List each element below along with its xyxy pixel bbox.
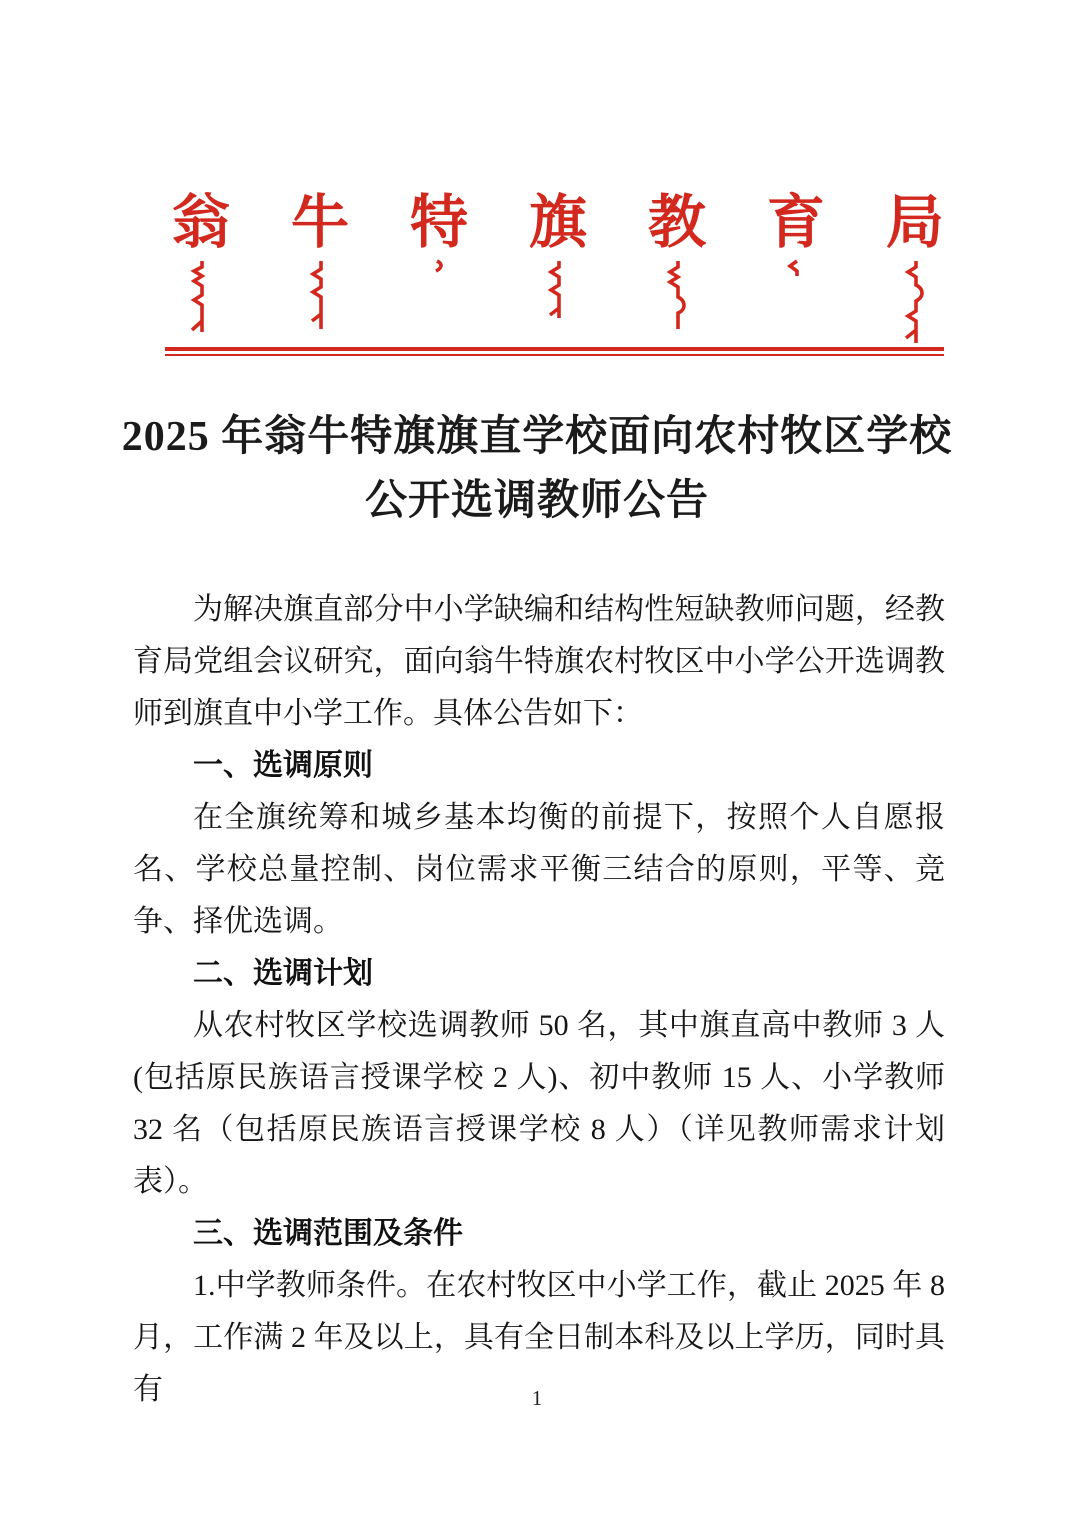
letterhead-divider-line [165,347,944,356]
page-number: 1 [0,1386,1074,1411]
letterhead-char-cn: 育 [767,192,825,254]
letterhead-character-cell: 牛 [291,192,349,345]
letterhead-char-cn: 特 [410,192,468,254]
letterhead: 翁 牛 特 旗 教 [172,192,944,345]
letterhead-character-cell: 育 [767,192,825,345]
letterhead-character-cell: 翁 [172,192,230,345]
mongolian-script-mark [425,259,453,273]
section-heading-1: 一、选调原则 [133,740,945,792]
document-body: 为解决旗直部分中小学缺编和结构性短缺教师问题，经教育局党组会议研究，面向翁牛特旗… [133,584,945,1416]
document-title: 2025 年翁牛特旗旗直学校面向农村牧区学校公开选调教师公告 [0,405,1074,533]
document-title-line-1: 2025 年翁牛特旗旗直学校面向农村牧区学校 [122,414,953,460]
section-heading-2: 二、选调计划 [133,948,945,1000]
letterhead-character-cell: 教 [648,192,706,345]
mongolian-script-mark [663,259,691,331]
document-title-line-2: 公开选调教师公告 [365,478,709,524]
document-page: 翁 牛 特 旗 教 [0,0,1074,1520]
mongolian-script-mark [544,259,572,321]
paragraph-plan: 从农村牧区学校选调教师 50 名，其中旗直高中教师 3 人(包括原民族语言授课学… [133,1000,945,1208]
letterhead-char-cn: 局 [886,192,944,254]
mongolian-script-mark [782,259,810,277]
letterhead-char-cn: 翁 [172,192,230,254]
letterhead-char-cn: 牛 [291,192,349,254]
letterhead-character-cell: 局 [886,192,944,345]
letterhead-character-cell: 特 [410,192,468,345]
letterhead-char-cn: 教 [648,192,706,254]
mongolian-script-mark [901,259,929,345]
mongolian-script-mark [187,259,215,334]
paragraph-principles: 在全旗统筹和城乡基本均衡的前提下，按照个人自愿报名、学校总量控制、岗位需求平衡三… [133,792,945,948]
section-heading-3: 三、选调范围及条件 [133,1208,945,1260]
paragraph-intro: 为解决旗直部分中小学缺编和结构性短缺教师问题，经教育局党组会议研究，面向翁牛特旗… [133,584,945,740]
letterhead-character-cell: 旗 [529,192,587,345]
letterhead-char-cn: 旗 [529,192,587,254]
mongolian-script-mark [306,259,334,331]
